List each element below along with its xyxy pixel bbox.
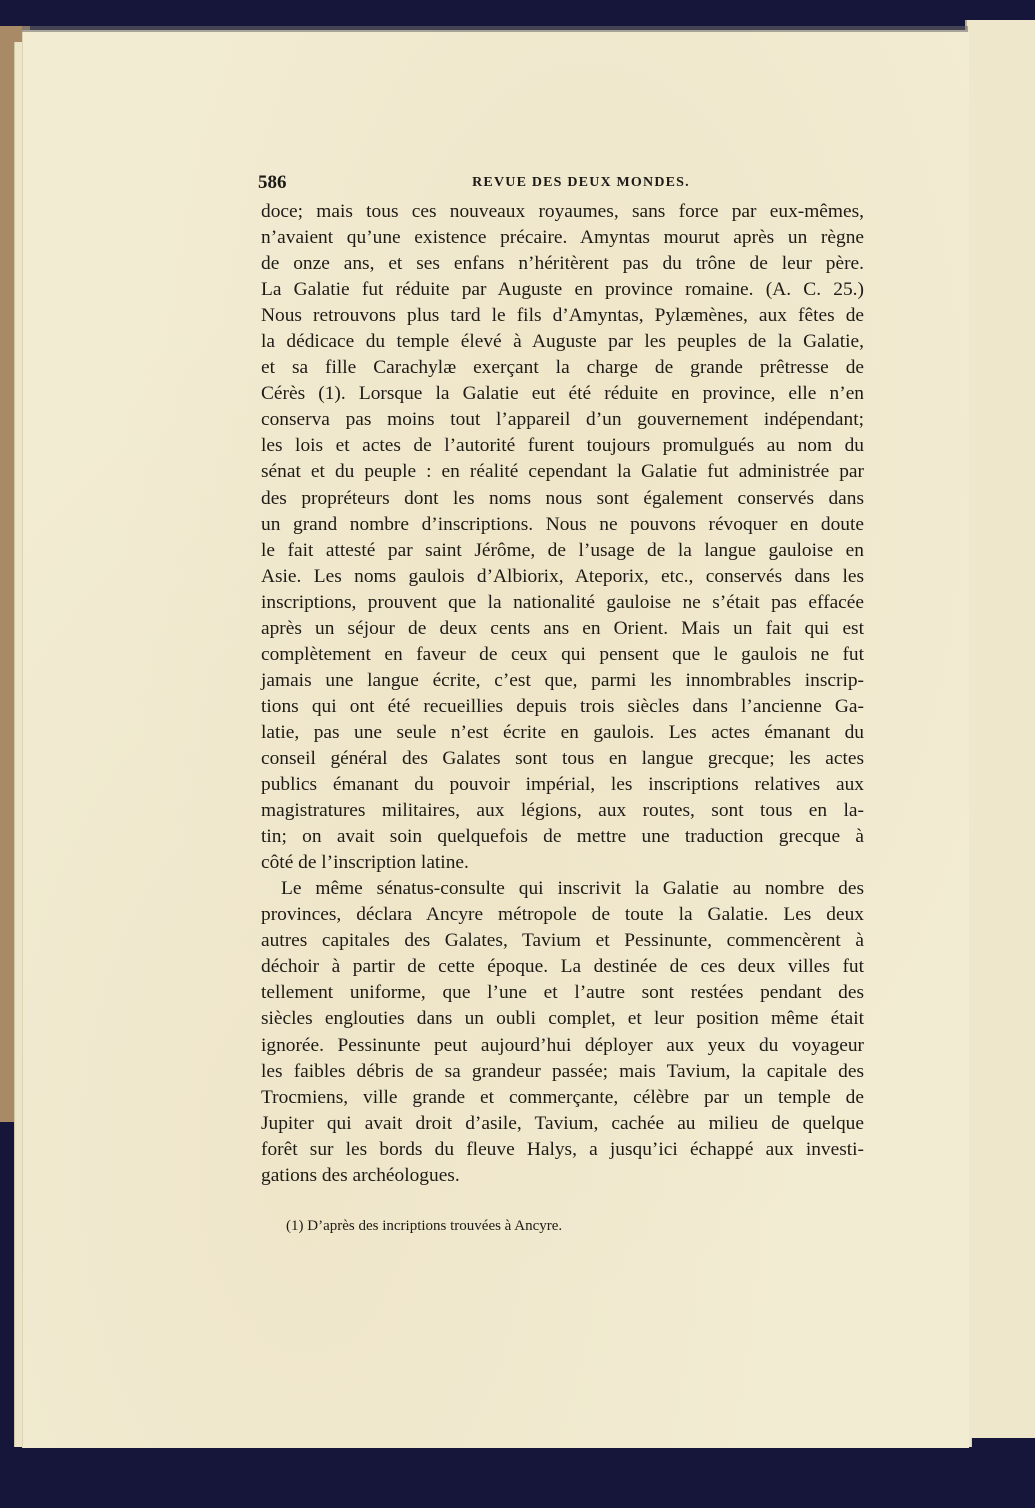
text-line: Nous retrouvons plus tard le fils d’Amyn… [261, 303, 864, 329]
text-line: tellement uniforme, que l’une et l’autre… [261, 980, 864, 1006]
running-head: REVUE DES DEUX MONDES. [258, 175, 864, 191]
text-line: conseil général des Galates sont tous en… [261, 746, 864, 772]
text-line: Trocmiens, ville grande et commerçante, … [261, 1085, 864, 1111]
text-line: gations des archéologues. [261, 1163, 864, 1189]
text-line: jamais une langue écrite, c’est que, par… [261, 668, 864, 694]
text-line: autres capitales des Galates, Tavium et … [261, 928, 864, 954]
text-line: forêt sur les bords du fleuve Halys, a j… [261, 1137, 864, 1163]
text-line: Cérès (1). Lorsque la Galatie eut été ré… [261, 381, 864, 407]
text-line: complètement en faveur de ceux qui pense… [261, 642, 864, 668]
torn-page-top-edge [22, 26, 968, 32]
text-line: le fait attesté par saint Jérôme, de l’u… [261, 538, 864, 564]
text-line: des propréteurs dont les noms nous sont … [261, 486, 864, 512]
text-line: déchoir à partir de cette époque. La des… [261, 954, 864, 980]
text-line: magistratures militaires, aux légions, a… [261, 798, 864, 824]
text-line: tions qui ont été recueillies depuis tro… [261, 694, 864, 720]
text-line: provinces, déclara Ancyre métropole de t… [261, 902, 864, 928]
text-line: Asie. Les noms gaulois d’Albiorix, Atepo… [261, 564, 864, 590]
text-line: les lois et actes de l’autorité furent t… [261, 433, 864, 459]
text-line: après un séjour de deux cents ans en Ori… [261, 616, 864, 642]
text-line: inscriptions, prouvent que la nationalit… [261, 590, 864, 616]
adjacent-page-edge [965, 20, 1035, 1438]
text-line: un grand nombre d’inscriptions. Nous ne … [261, 512, 864, 538]
text-line: n’avaient qu’une existence précaire. Amy… [261, 225, 864, 251]
text-line: sénat et du peuple : en réalité cependan… [261, 459, 864, 485]
text-line: ignorée. Pessinunte peut aujourd’hui dép… [261, 1033, 864, 1059]
text-line: tin; on avait soin quelquefois de mettre… [261, 824, 864, 850]
text-line: conserva pas moins tout l’appareil d’un … [261, 407, 864, 433]
text-line: Le même sénatus-consulte qui inscrivit l… [261, 876, 864, 902]
text-line: publics émanant du pouvoir impérial, les… [261, 772, 864, 798]
text-line: siècles englouties dans un oubli complet… [261, 1006, 864, 1032]
text-line: la dédicace du temple élevé à Auguste pa… [261, 329, 864, 355]
text-line: Jupiter qui avait droit d’asile, Tavium,… [261, 1111, 864, 1137]
page-header: 586 REVUE DES DEUX MONDES. [258, 172, 864, 194]
text-line: les faibles débris de sa grandeur passée… [261, 1059, 864, 1085]
footnote: (1) D’après des incriptions trouvées à A… [286, 1218, 562, 1235]
text-line: doce; mais tous ces nouveaux royaumes, s… [261, 199, 864, 225]
text-line: La Galatie fut réduite par Auguste en pr… [261, 277, 864, 303]
text-line: de onze ans, et ses enfans n’héritèrent … [261, 251, 864, 277]
text-line: latie, pas une seule n’est écrite en gau… [261, 720, 864, 746]
text-line: côté de l’inscription latine. [261, 850, 864, 876]
body-text: doce; mais tous ces nouveaux royaumes, s… [261, 199, 864, 1189]
text-line: et sa fille Carachylæ exerçant la charge… [261, 355, 864, 381]
